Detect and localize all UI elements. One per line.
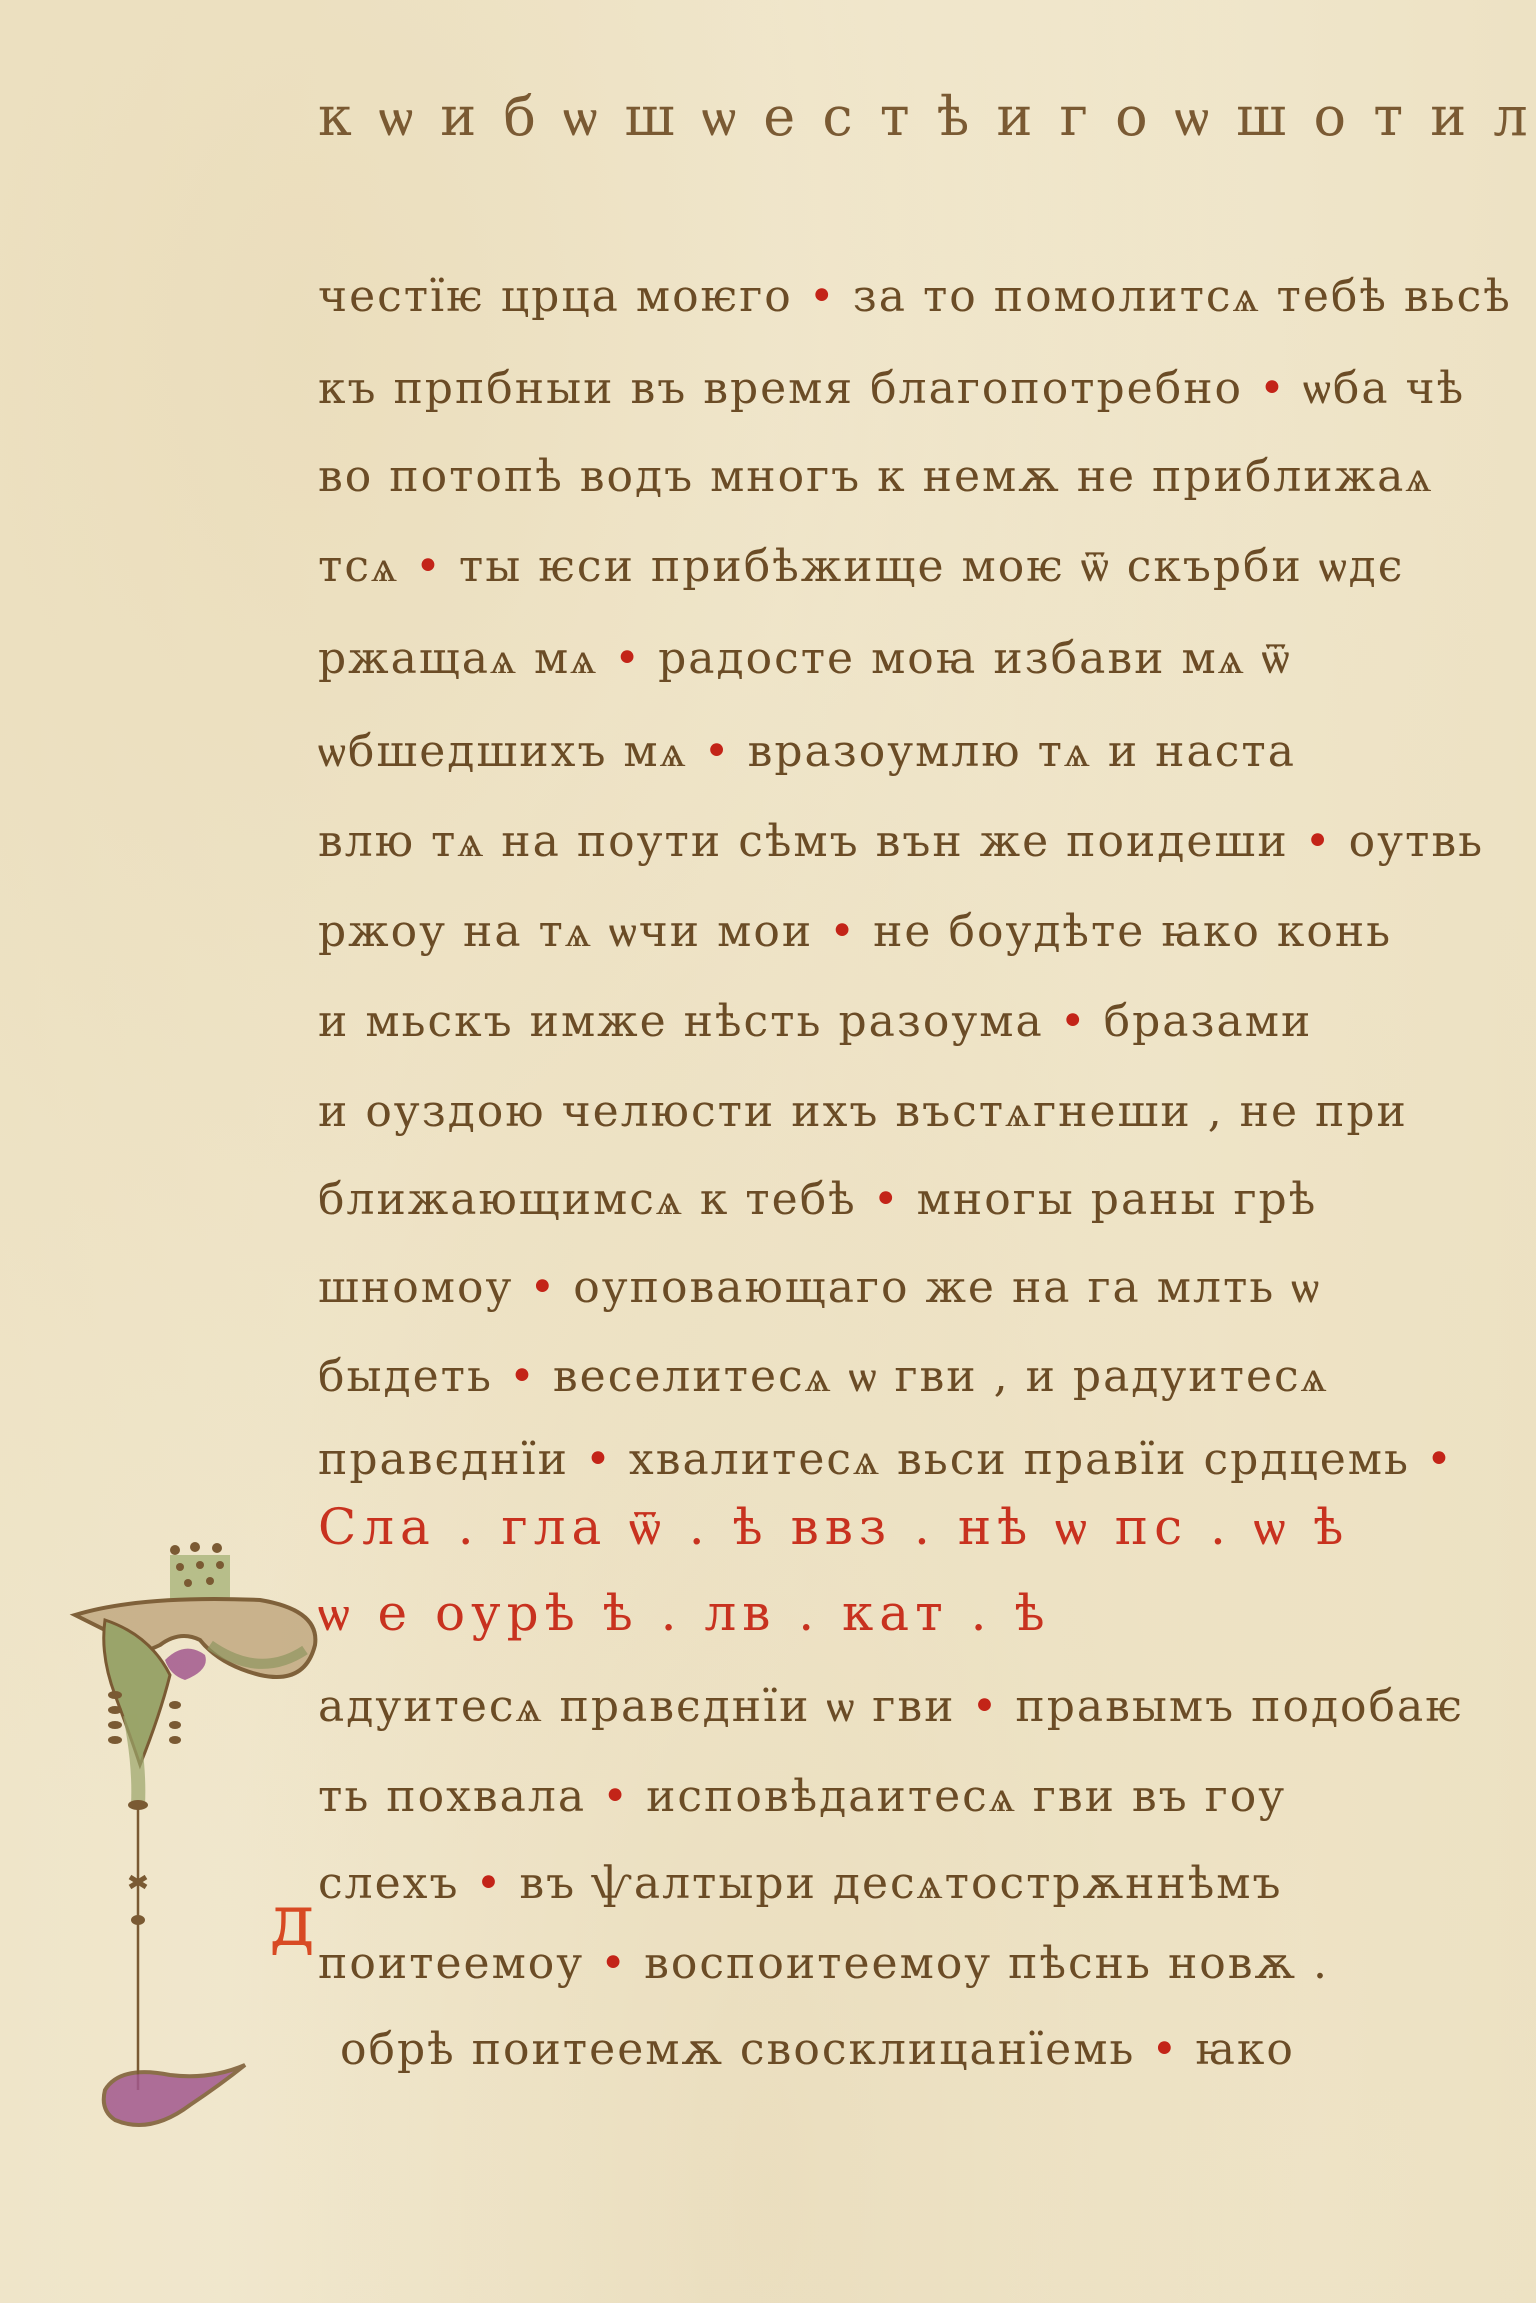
text-line-5: тсѧ • ты ѥси прибѣжище моѥ ѿ скърби ѡдє — [318, 545, 1404, 589]
text-line-12: ближающимсѧ к тебѣ • многы раны грѣ — [318, 1178, 1317, 1222]
text-line-20: обрѣ поитеемѫ свосклицанїемь • ꙗко — [340, 2028, 1295, 2072]
red-punctuation: • — [529, 1262, 557, 1313]
red-punctuation: • — [475, 1858, 503, 1909]
text-line-17: ть похвала • исповѣдаитесѧ гви въ гоу — [318, 1775, 1286, 1819]
red-punctuation: • — [873, 1174, 901, 1225]
red-punctuation: • — [1259, 363, 1287, 414]
text-line-3: къ прпбныи въ время благопотребно • ѡба … — [318, 367, 1465, 411]
red-punctuation: • — [829, 906, 857, 957]
red-punctuation: • — [809, 271, 837, 322]
red-punctuation: • — [1151, 2024, 1179, 2075]
text-line-6: ржащаѧ мѧ • радосте моꙗ избави мѧ ѿ — [318, 637, 1292, 681]
text-line-14: быдеть • веселитесѧ ѡ гви , и радуитесѧ — [318, 1355, 1329, 1399]
text-line-11: и оуздою челюсти ихъ въстѧгнеши , не при — [318, 1090, 1408, 1134]
red-punctuation: • — [614, 633, 642, 684]
rubric-line-2: ѡ е оурѣ ѣ . лв . кат . ѣ — [318, 1588, 1051, 1638]
rubric-line-1: Сла . гла ѿ . ѣ ввз . нѣ ѡ пс . ѡ ѣ — [318, 1502, 1349, 1552]
text-line-16: адуитесѧ правєднїи ѡ гви • правымъ подоб… — [318, 1685, 1464, 1729]
red-punctuation: • — [1305, 816, 1333, 867]
header-notation: к ѡ и б ѡ ш ѡ е с т ѣ и г о ѡ ш о т и л … — [318, 90, 1536, 144]
red-punctuation: • — [415, 541, 443, 592]
text-line-4: во потопѣ водъ многъ к немѫ не приближаѧ — [318, 455, 1433, 499]
red-punctuation: • — [602, 1771, 630, 1822]
red-punctuation: • — [600, 1938, 628, 1989]
manuscript-page: к ѡ и б ѡ ш ѡ е с т ѣ и г о ѡ ш о т и л … — [0, 0, 1536, 2303]
red-punctuation: • — [971, 1681, 999, 1732]
text-line-19: поитеемоу • воспоитеемоу пѣснь новѫ . — [318, 1942, 1329, 1986]
text-line-10: и мьскъ имже нѣсть разоума • бразами — [318, 1000, 1312, 1044]
illuminated-initial-icon — [60, 1535, 320, 2175]
red-punctuation: • — [585, 1434, 613, 1485]
red-punctuation: • — [1060, 996, 1088, 1047]
text-line-15: правєднїи • хвалитесѧ вьси правїи срдцем… — [318, 1438, 1454, 1482]
red-punctuation: • — [1426, 1434, 1454, 1485]
text-line-9: ржоу на тѧ ѡчи мои • не боудѣте ꙗко конь — [318, 910, 1392, 954]
red-punctuation: • — [509, 1351, 537, 1402]
text-line-2: честїѥ црца моѥго • за то помолитсѧ тебѣ… — [318, 275, 1512, 319]
text-line-8: влю тѧ на поути сѣмъ вън же поидеши • оу… — [318, 820, 1484, 864]
text-line-7: ѡбшедшихъ мѧ • вразоумлю тѧ и наста — [318, 730, 1296, 774]
text-line-18: слехъ • въ ѱалтыри десѧтострѫннѣмъ — [318, 1862, 1282, 1906]
text-line-13: шномоу • оуповающаго же на га млть ѡ — [318, 1266, 1321, 1310]
red-punctuation: • — [704, 726, 732, 777]
